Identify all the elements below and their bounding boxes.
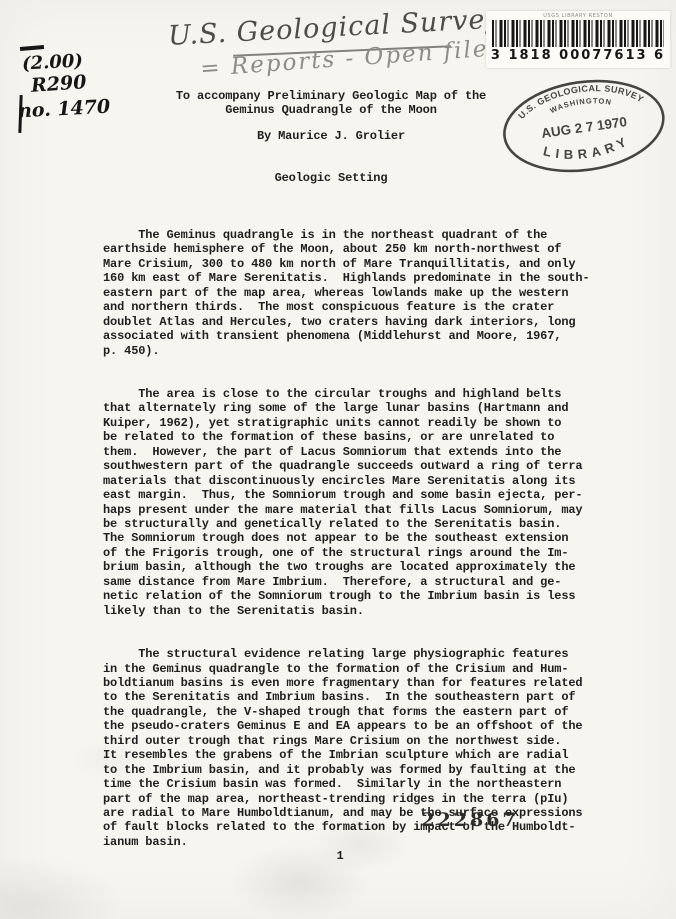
margin-pen-line bbox=[18, 95, 22, 133]
paragraph-1: The Geminus quadrangle is in the northea… bbox=[103, 228, 590, 358]
scanned-document-page: U.S. Geological Survey. = Reports - Open… bbox=[0, 0, 676, 919]
accession-number-stamp: 222867 bbox=[407, 809, 533, 831]
page-number: 1 bbox=[330, 849, 350, 863]
document-title-line1: To accompany Preliminary Geologic Map of… bbox=[87, 89, 575, 103]
margin-pen-bar bbox=[20, 45, 44, 51]
document-title-line2: Geminus Quadrangle of the Moon bbox=[87, 103, 575, 117]
barcode-sticker-label: USGS LIBRARY RESTON bbox=[486, 11, 670, 19]
section-heading: Geologic Setting bbox=[87, 171, 575, 185]
paragraph-2: The area is close to the circular trough… bbox=[103, 387, 590, 618]
barcode-icon bbox=[492, 20, 664, 47]
document-byline: By Maurice J. Grolier bbox=[87, 129, 575, 143]
margin-note-call-number: R290 bbox=[30, 71, 87, 97]
body-text: The Geminus quadrangle is in the northea… bbox=[103, 199, 590, 878]
barcode-sticker: USGS LIBRARY RESTON 3 1818 00077613 6 bbox=[486, 11, 670, 68]
barcode-number: 3 1818 00077613 6 bbox=[486, 48, 670, 63]
